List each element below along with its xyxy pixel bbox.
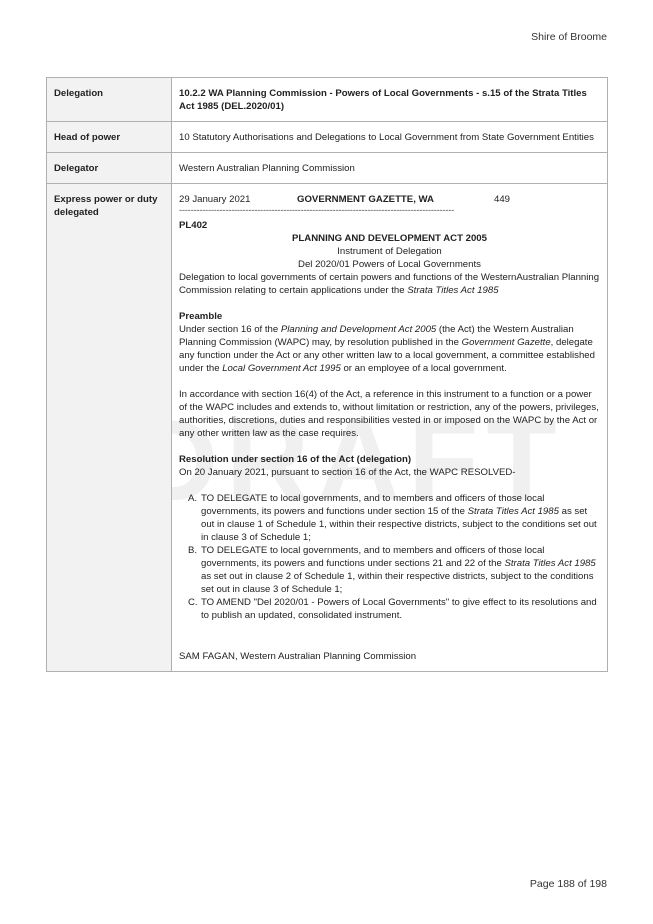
gazette-extract: 29 January 2021 GOVERNMENT GAZETTE, WA 4… — [172, 184, 608, 672]
list-item: A.TO DELEGATE to local governments, and … — [201, 492, 600, 544]
accordance-paragraph: In accordance with section 16(4) of the … — [179, 388, 600, 440]
list-text: as set out in clause 2 of Schedule 1, wi… — [201, 571, 594, 595]
list-text: TO DELEGATE to local governments, and to… — [201, 545, 544, 569]
gazette-page: 449 — [494, 193, 510, 206]
delegator-value: Western Australian Planning Commission — [172, 153, 608, 184]
gazette-header-line: 29 January 2021 GOVERNMENT GAZETTE, WA 4… — [179, 193, 600, 206]
preamble-text: or an employee of a local government. — [341, 363, 507, 374]
list-act-name: Strata Titles Act 1985 — [468, 506, 559, 517]
preamble-text: Under section 16 of the — [179, 324, 281, 335]
resolution-heading: Resolution under section 16 of the Act (… — [179, 453, 600, 466]
intro-paragraph: Delegation to local governments of certa… — [179, 271, 600, 297]
gazette-date: 29 January 2021 — [179, 193, 297, 206]
gazette-divider: ----------------------------------------… — [179, 206, 499, 215]
resolution-intro: On 20 January 2021, pursuant to section … — [179, 466, 600, 479]
row-label-delegator: Delegator — [47, 153, 172, 184]
table-row: Express power or duty delegated 29 Janua… — [47, 184, 608, 672]
intro-act-name: Strata Titles Act 1985 — [407, 285, 498, 296]
resolution-list: A.TO DELEGATE to local governments, and … — [179, 492, 600, 622]
preamble-gazette-name: Government Gazette — [462, 337, 551, 348]
signature-line: SAM FAGAN, Western Australian Planning C… — [179, 650, 600, 663]
list-item: C.TO AMEND "Del 2020/01 - Powers of Loca… — [201, 596, 600, 622]
gazette-code: PL402 — [179, 219, 600, 232]
preamble-paragraph: Under section 16 of the Planning and Dev… — [179, 323, 600, 375]
row-label-delegation: Delegation — [47, 78, 172, 122]
list-text: TO AMEND "Del 2020/01 - Powers of Local … — [201, 597, 597, 621]
head-of-power-value: 10 Statutory Authorisations and Delegati… — [172, 122, 608, 153]
list-marker: B. — [188, 544, 197, 557]
delegation-title: 10.2.2 WA Planning Commission - Powers o… — [172, 78, 608, 122]
table-row: Delegator Western Australian Planning Co… — [47, 153, 608, 184]
delegation-name: Del 2020/01 Powers of Local Governments — [179, 258, 600, 271]
row-label-head-of-power: Head of power — [47, 122, 172, 153]
preamble-lg-act-name: Local Government Act 1995 — [222, 363, 341, 374]
instrument-title: Instrument of Delegation — [179, 245, 600, 258]
intro-text: Delegation to local governments of certa… — [179, 272, 599, 296]
act-title: PLANNING AND DEVELOPMENT ACT 2005 — [179, 232, 600, 245]
page-number: Page 188 of 198 — [530, 878, 607, 890]
row-label-express-power: Express power or duty delegated — [47, 184, 172, 672]
list-act-name: Strata Titles Act 1985 — [504, 558, 595, 569]
table-row: Head of power 10 Statutory Authorisation… — [47, 122, 608, 153]
table-row: Delegation 10.2.2 WA Planning Commission… — [47, 78, 608, 122]
preamble-heading: Preamble — [179, 310, 600, 323]
list-item: B.TO DELEGATE to local governments, and … — [201, 544, 600, 596]
delegation-table: Delegation 10.2.2 WA Planning Commission… — [46, 77, 608, 672]
list-marker: C. — [188, 596, 198, 609]
preamble-act-name: Planning and Development Act 2005 — [281, 324, 436, 335]
list-marker: A. — [188, 492, 197, 505]
gazette-title: GOVERNMENT GAZETTE, WA — [297, 193, 494, 206]
header-organisation: Shire of Broome — [531, 31, 607, 43]
